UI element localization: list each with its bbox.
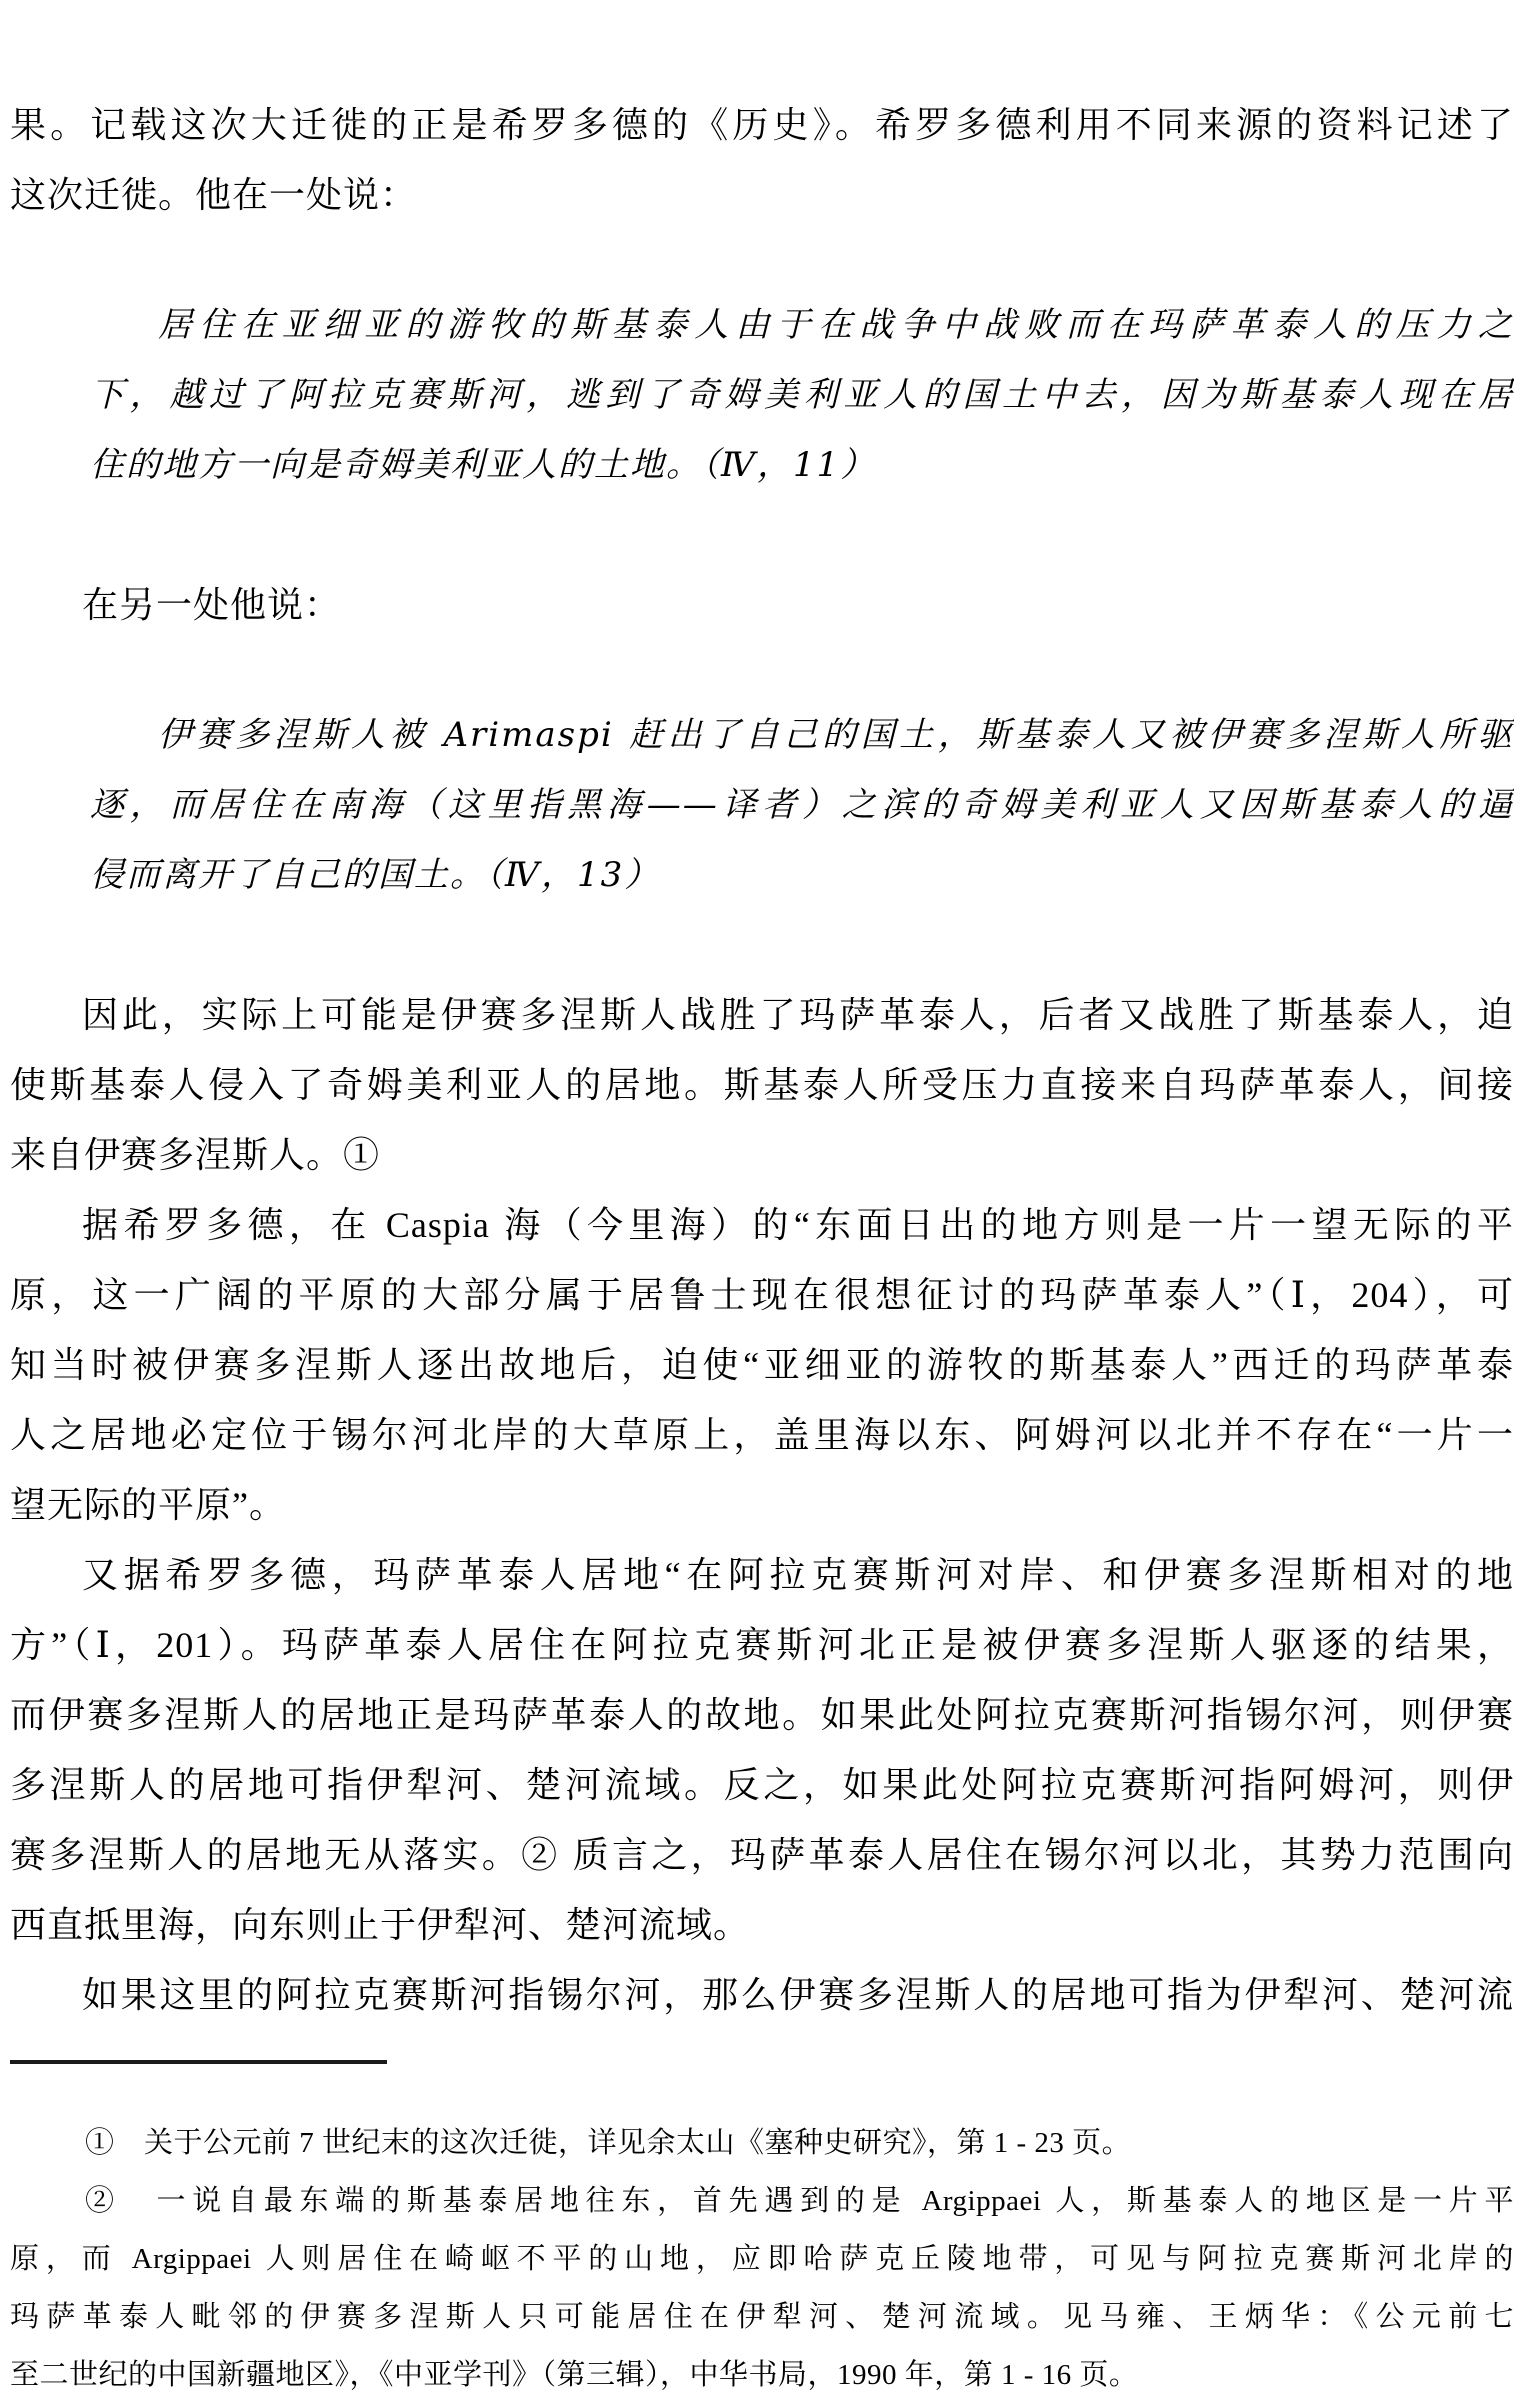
text-line: 逐，而居住在南海（这里指黑海——译者）之滨的奇姆美利亚人又因斯基泰人的逼 xyxy=(90,770,1514,840)
text-line: 果。记载这次大迁徙的正是希罗多德的《历史》。希罗多德利用不同来源的资料记述了 xyxy=(10,90,1514,160)
text-line: 这次迁徙。他在一处说： xyxy=(10,160,1514,230)
text-line: 而伊赛多涅斯人的居地正是玛萨革泰人的故地。如果此处阿拉克赛斯河指锡尔河，则伊赛 xyxy=(10,1680,1514,1750)
book-page: 果。记载这次大迁徙的正是希罗多德的《历史》。希罗多德利用不同来源的资料记述了这次… xyxy=(0,0,1536,2404)
text-line: 又据希罗多德，玛萨革泰人居地“在阿拉克赛斯河对岸、和伊赛多涅斯相对的地 xyxy=(10,1540,1514,1610)
text-line: 方”（Ⅰ，201）。玛萨革泰人居住在阿拉克赛斯河北正是被伊赛多涅斯人驱逐的结果， xyxy=(10,1610,1514,1680)
paragraph: 因此，实际上可能是伊赛多涅斯人战胜了玛萨革泰人，后者又战胜了斯基泰人，迫使斯基泰… xyxy=(10,980,1514,1190)
text-line: 原，而 Argippaei 人则居住在崎岖不平的山地，应即哈萨克丘陵地带，可见与… xyxy=(10,2230,1514,2288)
text-line: 玛萨革泰人毗邻的伊赛多涅斯人只可能居住在伊犁河、楚河流域。见马雍、王炳华：《公元… xyxy=(10,2288,1514,2346)
text-line: 望无际的平原”。 xyxy=(10,1470,1514,1540)
text-line: 因此，实际上可能是伊赛多涅斯人战胜了玛萨革泰人，后者又战胜了斯基泰人，迫 xyxy=(10,980,1514,1050)
text-line: 在另一处他说： xyxy=(10,570,1514,640)
paragraph: 在另一处他说： xyxy=(10,570,1514,640)
text-line: 侵而离开了自己的国土。（Ⅳ，13） xyxy=(90,840,1514,910)
quote-block: 居住在亚细亚的游牧的斯基泰人由于在战争中战败而在玛萨革泰人的压力之下，越过了阿拉… xyxy=(90,290,1514,500)
footnote-block: ② 一说自最东端的斯基泰居地往东，首先遇到的是 Argippaei 人，斯基泰人… xyxy=(10,2172,1514,2404)
quote-block: 伊赛多涅斯人被 Arimaspi 赶出了自己的国土，斯基泰人又被伊赛多涅斯人所驱… xyxy=(90,700,1514,910)
paragraph: 据希罗多德，在 Caspia 海（今里海）的“东面日出的地方则是一片一望无际的平… xyxy=(10,1190,1514,1540)
text-line: 使斯基泰人侵入了奇姆美利亚人的居地。斯基泰人所受压力直接来自玛萨革泰人，间接 xyxy=(10,1050,1514,1120)
text-line: 据希罗多德，在 Caspia 海（今里海）的“东面日出的地方则是一片一望无际的平 xyxy=(10,1190,1514,1260)
text-line: 至二世纪的中国新疆地区》，《中亚学刊》（第三辑），中华书局，1990 年，第 1… xyxy=(10,2346,1514,2404)
text-line: 西直抵里海，向东则止于伊犁河、楚河流域。 xyxy=(10,1890,1514,1960)
text-line: 赛多涅斯人的居地无从落实。② 质言之，玛萨革泰人居住在锡尔河以北，其势力范围向 xyxy=(10,1820,1514,1890)
footnote-gap xyxy=(10,2064,1514,2114)
text-line: 如果这里的阿拉克赛斯河指锡尔河，那么伊赛多涅斯人的居地可指为伊犁河、楚河流域。 xyxy=(10,1960,1514,2030)
text-line: 住的地方一向是奇姆美利亚人的土地。（Ⅳ，11） xyxy=(90,430,1514,500)
text-line: 多涅斯人的居地可指伊犁河、楚河流域。反之，如果此处阿拉克赛斯河指阿姆河，则伊 xyxy=(10,1750,1514,1820)
text-line: 居住在亚细亚的游牧的斯基泰人由于在战争中战败而在玛萨革泰人的压力之 xyxy=(90,290,1514,360)
text-line: 人之居地必定位于锡尔河北岸的大草原上，盖里海以东、阿姆河以北并不存在“一片一 xyxy=(10,1400,1514,1470)
text-line: 伊赛多涅斯人被 Arimaspi 赶出了自己的国土，斯基泰人又被伊赛多涅斯人所驱 xyxy=(90,700,1514,770)
text-line: 知当时被伊赛多涅斯人逐出故地后，迫使“亚细亚的游牧的斯基泰人”西迁的玛萨革泰 xyxy=(10,1330,1514,1400)
text-line: ② 一说自最东端的斯基泰居地往东，首先遇到的是 Argippaei 人，斯基泰人… xyxy=(10,2172,1514,2230)
text-line: 原，这一广阔的平原的大部分属于居鲁士现在很想征讨的玛萨革泰人”（Ⅰ，204），可 xyxy=(10,1260,1514,1330)
paragraph: 如果这里的阿拉克赛斯河指锡尔河，那么伊赛多涅斯人的居地可指为伊犁河、楚河流域。 xyxy=(10,1960,1514,2030)
paragraph: 又据希罗多德，玛萨革泰人居地“在阿拉克赛斯河对岸、和伊赛多涅斯相对的地方”（Ⅰ，… xyxy=(10,1540,1514,1960)
text-line: 下，越过了阿拉克赛斯河，逃到了奇姆美利亚人的国土中去，因为斯基泰人现在居 xyxy=(90,360,1514,430)
page-text: 果。记载这次大迁徙的正是希罗多德的《历史》。希罗多德利用不同来源的资料记述了这次… xyxy=(10,90,1514,2404)
text-line: 来自伊赛多涅斯人。① xyxy=(10,1120,1514,1190)
footnote-block: ① 关于公元前 7 世纪末的这次迁徙，详见余太山《塞种史研究》，第 1 - 23… xyxy=(10,2114,1514,2172)
paragraph: 果。记载这次大迁徙的正是希罗多德的《历史》。希罗多德利用不同来源的资料记述了这次… xyxy=(10,90,1514,230)
text-line: ① 关于公元前 7 世纪末的这次迁徙，详见余太山《塞种史研究》，第 1 - 23… xyxy=(10,2114,1514,2172)
